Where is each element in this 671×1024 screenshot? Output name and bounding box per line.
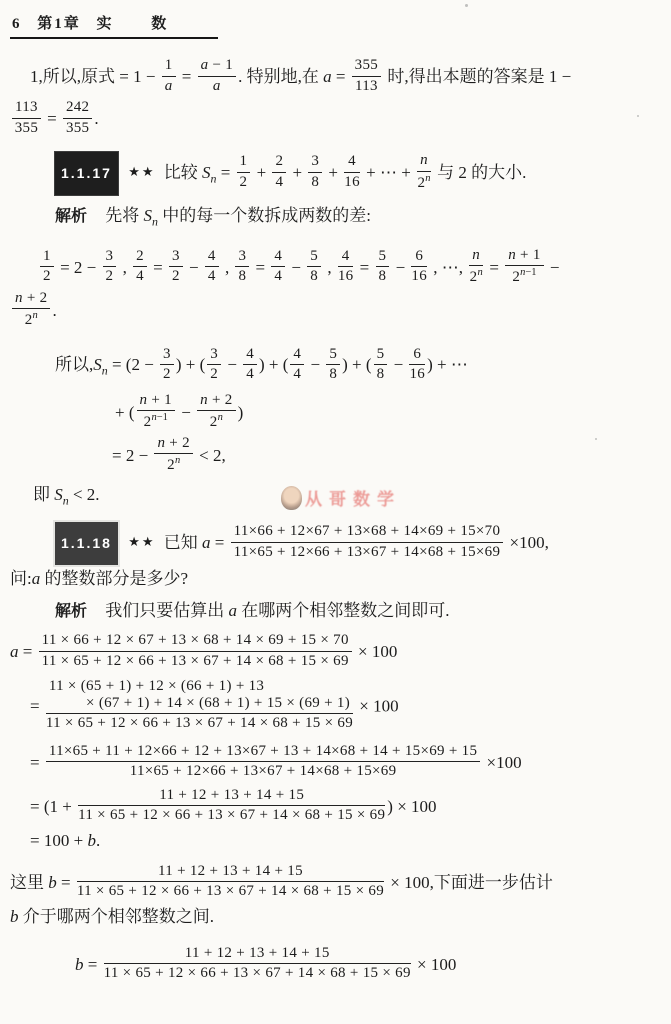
a-equation-step-2: = 11 × (65 + 1) + 12 × (66 + 1) + 13× (6… [30, 680, 659, 735]
jiexi-label: 解析 [55, 603, 87, 620]
scan-speck [465, 4, 468, 7]
intro-line-1: 1,所以,原式 = 1 − 1a = a − 1a. 特别地,在 a = 355… [30, 57, 659, 97]
section-title: 实 数 [97, 16, 185, 32]
b-definition-line-1: 这里 b = 11 + 12 + 13 + 14 + 1511 × 65 + 1… [10, 863, 659, 903]
solution-1-1-18-intro: 我们只要估算出 a 在哪两个相邻整数之间即可. [105, 601, 449, 620]
problem-1-1-17: 1.1.17 ★★ 比较 Sn = 12 + 24 + 38 + 416 + ⋯… [55, 152, 659, 198]
a-equation-step-3: = 11×65 + 11 + 12×66 + 12 + 13×67 + 13 +… [30, 743, 659, 783]
chapter-label: 第1章 [37, 16, 81, 32]
problem-number-badge: 1.1.17 [55, 152, 118, 195]
solution-1-1-17: 解析 先将 Sn 中的每一个数拆成两数的差: [55, 204, 659, 233]
page-header: 6 第1章 实 数 [10, 12, 218, 39]
b-equation: b = 11 + 12 + 13 + 14 + 1511 × 65 + 12 ×… [75, 945, 659, 985]
a-equation-step-5: = 100 + b. [30, 829, 659, 853]
page-number: 6 [12, 16, 22, 32]
split-equation-line-2: n + 22n. [10, 291, 659, 332]
conclusion-1-1-17: 即 Sn < 2. [33, 483, 659, 512]
jiexi-label: 解析 [55, 208, 87, 225]
sn-expansion-line-1: 所以,Sn = (2 − 32) + (32 − 44) + (44 − 58)… [55, 345, 659, 390]
book-page: 6 第1章 实 数 1,所以,原式 = 1 − 1a = a − 1a. 特别地… [0, 0, 671, 985]
problem-1-1-18-statement: 已知 a = 11×66 + 12×67 + 13×68 + 14×69 + 1… [164, 533, 549, 552]
b-definition-line-2: b 介于哪两个相邻整数之间. [10, 905, 659, 929]
sn-expansion-line-2: + (n + 12n−1 − n + 22n) [115, 393, 659, 434]
solution-1-1-18: 解析 我们只要估算出 a 在哪两个相邻整数之间即可. [55, 599, 659, 624]
problem-1-1-17-statement: 比较 Sn = 12 + 24 + 38 + 416 + ⋯ + n2n 与 2… [164, 163, 527, 182]
split-equation-line-1: 12 = 2 − 32 , 24 = 32 − 44 , 38 = 44 − 5… [38, 248, 659, 289]
problem-1-1-18-question: 问:a 的整数部分是多少? [10, 567, 659, 591]
problem-1-1-18: 1.1.18 ★★ 已知 a = 11×66 + 12×67 + 13×68 +… [55, 522, 659, 565]
sn-result-line: = 2 − n + 22n < 2, [112, 436, 659, 477]
intro-line-2: 113355 = 242355. [10, 99, 659, 139]
a-equation-step-1: a = 11 × 66 + 12 × 67 + 13 × 68 + 14 × 6… [10, 632, 659, 672]
difficulty-stars: ★★ [128, 534, 155, 549]
scan-speck [637, 115, 639, 117]
solution-1-1-17-intro: 先将 Sn 中的每一个数拆成两数的差: [105, 206, 371, 225]
a-equation-step-4: = (1 + 11 + 12 + 13 + 14 + 1511 × 65 + 1… [30, 787, 659, 827]
difficulty-stars: ★★ [128, 164, 155, 179]
scan-speck [595, 438, 597, 440]
problem-number-badge: 1.1.18 [55, 522, 118, 565]
